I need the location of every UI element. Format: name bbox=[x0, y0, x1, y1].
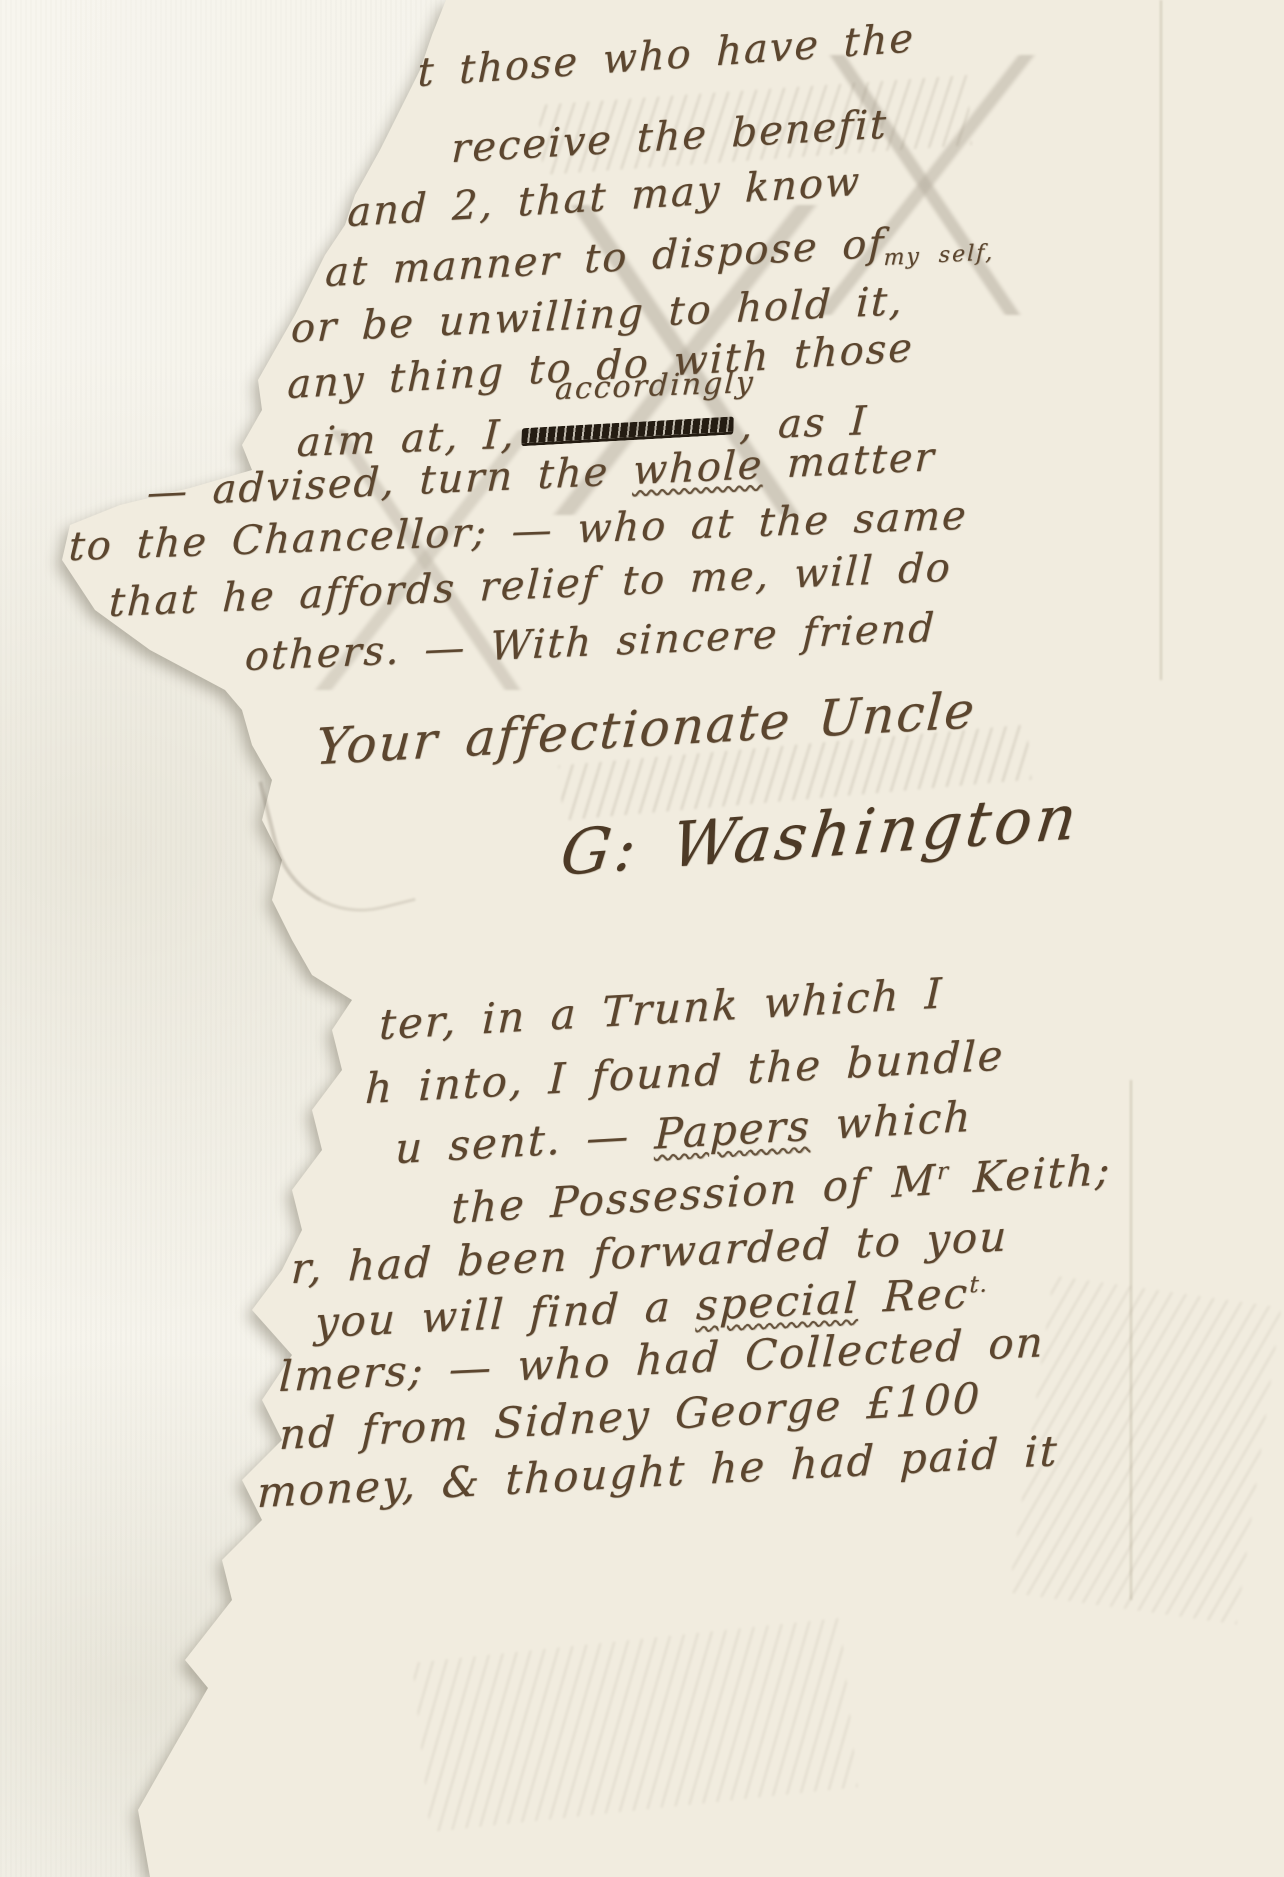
line-text: matter bbox=[762, 434, 936, 488]
line-text: Keith; bbox=[948, 1145, 1112, 1204]
underlined-word: Papers bbox=[654, 1101, 812, 1159]
line-text: which bbox=[810, 1092, 973, 1150]
underlined-word: whole bbox=[632, 442, 764, 494]
manuscript-photo: t those who have the receive the benefit… bbox=[0, 0, 1284, 1877]
struck-out-word-scribble bbox=[521, 416, 734, 446]
superscript: t. bbox=[969, 1271, 989, 1298]
interlinear-insertion: accordingly bbox=[554, 365, 755, 407]
paper-crease bbox=[1160, 0, 1162, 680]
underlined-word: special bbox=[695, 1273, 860, 1330]
line-text: Rec bbox=[858, 1268, 970, 1322]
paper-crease bbox=[1130, 1080, 1132, 1600]
